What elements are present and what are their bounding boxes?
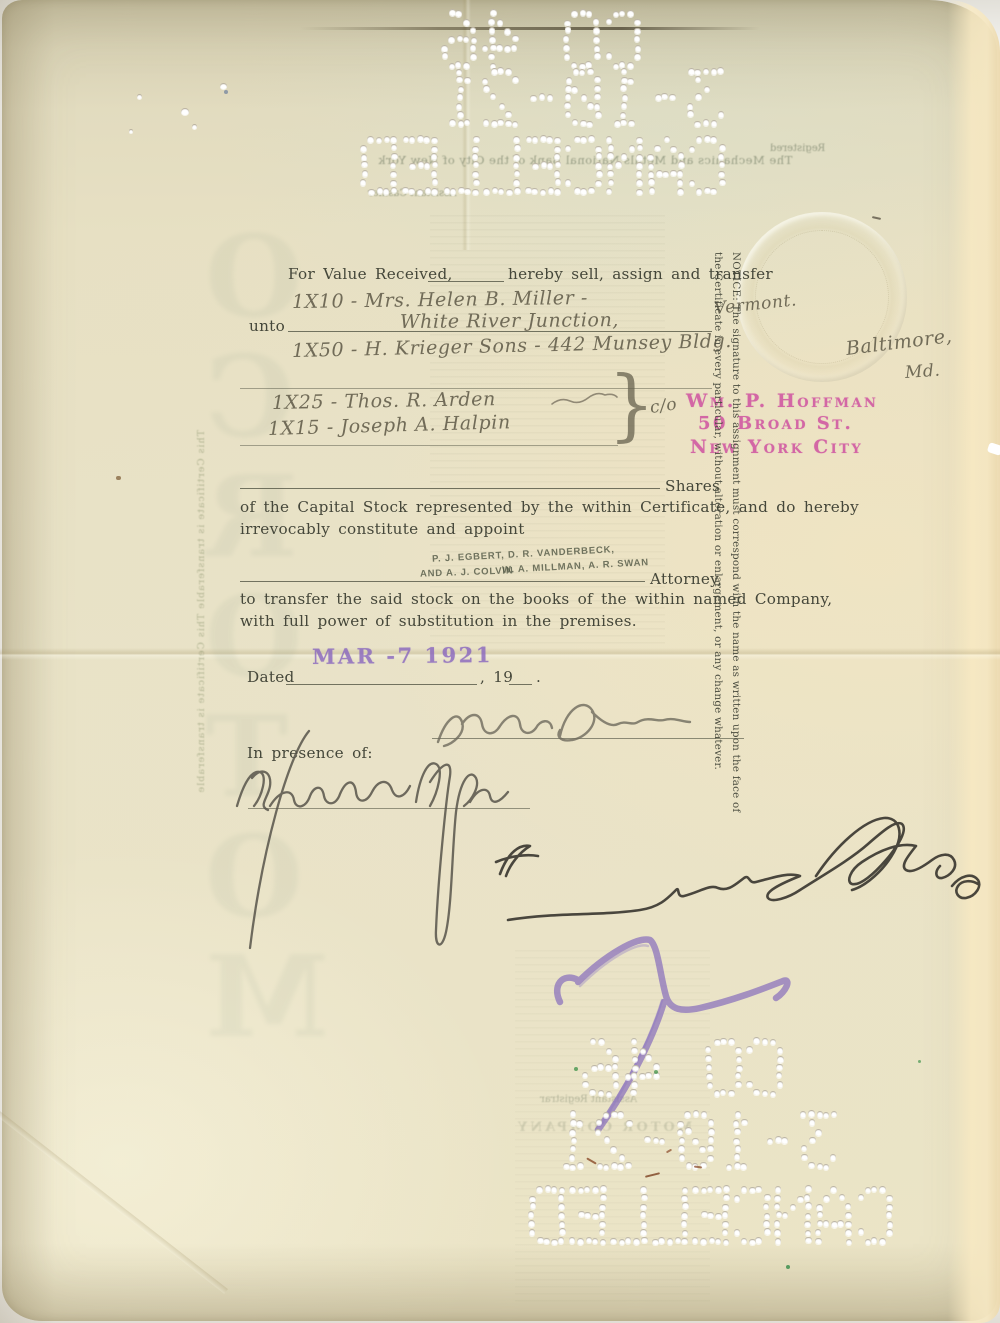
- perforation-hole: [376, 187, 383, 194]
- perforation-hole: [777, 1056, 784, 1063]
- perforation-hole: [822, 1220, 829, 1227]
- perforation-hole: [886, 1221, 893, 1228]
- perforation-hole: [402, 136, 409, 143]
- perforation-hole: [700, 1238, 707, 1245]
- perforation-hole: [701, 1211, 708, 1218]
- perforation-hole: [512, 179, 519, 186]
- perforation-hole: [764, 1228, 771, 1235]
- perforation-hole: [740, 1186, 747, 1193]
- perforation-hole: [694, 121, 701, 128]
- perforation-hole: [656, 170, 663, 177]
- perforation-hole: [706, 1082, 713, 1089]
- perforation-hole: [717, 171, 724, 178]
- perforation-hole: [504, 28, 511, 35]
- perforation-hole: [367, 136, 374, 143]
- perforation-hole: [805, 1237, 812, 1244]
- perforation-hole: [423, 162, 430, 169]
- perforation-hole: [594, 1129, 601, 1136]
- perforation-hole: [430, 188, 437, 195]
- perforation-hole: [845, 1221, 852, 1228]
- perforation-hole: [594, 52, 601, 59]
- perforation-hole: [733, 1138, 740, 1145]
- perforation-hole: [431, 161, 438, 168]
- perforation-hole: [589, 1038, 596, 1045]
- handwritten-entry-2-state: Md.: [904, 361, 941, 383]
- perforation-hole: [632, 1065, 639, 1072]
- perforation-hole: [611, 1111, 618, 1118]
- perforation-hole: [538, 93, 545, 100]
- perforation-hole: [822, 1112, 829, 1119]
- perforation-hole: [527, 1211, 534, 1218]
- unto-label: unto: [249, 317, 285, 335]
- perforation-hole: [886, 1204, 893, 1211]
- perforation-hole: [746, 1081, 753, 1088]
- perforation-hole: [630, 1072, 637, 1079]
- perforation-hole: [595, 146, 602, 153]
- perforation-hole: [741, 1119, 748, 1126]
- perforation-hole: [598, 1038, 605, 1045]
- perforation-hole: [681, 1187, 688, 1194]
- perforation-hole: [633, 1238, 640, 1245]
- perforation-hole: [593, 36, 600, 43]
- perforation-hole: [540, 135, 547, 142]
- perforation-hole: [596, 170, 603, 177]
- perforation-hole: [688, 180, 695, 187]
- perforation-hole: [631, 1081, 638, 1088]
- date-stamp: MAR -7 1921: [312, 642, 493, 669]
- perforation-hole: [722, 1221, 729, 1228]
- dated-period: .: [536, 668, 541, 686]
- perforation-hole: [583, 1186, 590, 1193]
- handwritten-care-of: c/o: [649, 394, 679, 418]
- perforation-hole: [489, 36, 496, 43]
- perforation-hole: [703, 86, 710, 93]
- perforation-hole: [628, 145, 635, 152]
- perforation-hole: [536, 1186, 543, 1193]
- perforation-hole: [685, 1127, 692, 1134]
- perforation-hole: [830, 1186, 837, 1193]
- perforation-hole: [816, 1220, 823, 1227]
- perforation-hole: [734, 1145, 741, 1152]
- perforation-hole: [569, 1145, 576, 1152]
- perforation-hole: [528, 1220, 535, 1227]
- perforation-hole: [640, 1221, 647, 1228]
- perforation-hole: [449, 119, 456, 126]
- ghost-certificate-note: This Certificate is transferable This Ce…: [196, 430, 207, 990]
- perforation-hole: [734, 1162, 741, 1169]
- perforation-hole: [569, 1110, 576, 1117]
- perforation-hole: [473, 136, 480, 143]
- handwritten-entry-1-city: White River Junction,: [400, 309, 619, 333]
- perforation-hole: [611, 1063, 618, 1070]
- perforation-hole: [496, 19, 503, 26]
- perforation-hole: [678, 1154, 685, 1161]
- perforation-hole: [762, 1220, 769, 1227]
- perforation-hole: [470, 37, 477, 44]
- ghost-title-letter: M: [205, 942, 329, 1054]
- perforation-hole: [639, 1211, 646, 1218]
- perforation-hole: [762, 1203, 769, 1210]
- perforation-hole: [678, 1145, 685, 1152]
- perforation-hole: [463, 19, 470, 26]
- perforation-hole: [714, 1238, 721, 1245]
- perforation-hole: [845, 1239, 852, 1246]
- perforation-hole: [864, 1239, 871, 1246]
- perforation-hole: [676, 179, 683, 186]
- perforation-hole: [605, 1048, 612, 1055]
- capital-stock-line1: of the Capital Stock represented by the …: [240, 498, 859, 516]
- perforation-hole: [531, 136, 538, 143]
- perforation-hole: [595, 180, 602, 187]
- perforation-hole: [735, 1056, 742, 1063]
- paper-sheet: [2, 0, 997, 1321]
- perforation-hole: [845, 1229, 852, 1236]
- perforation-hole: [469, 27, 476, 34]
- perforation-hole: [368, 189, 375, 196]
- perforation-hole: [602, 1164, 609, 1171]
- perforation-hole: [592, 27, 599, 34]
- perforation-hole: [463, 119, 470, 126]
- perforation-hole: [669, 94, 676, 101]
- perforation-hole: [606, 163, 613, 170]
- perforation-hole: [611, 1162, 618, 1169]
- perforation-hole: [719, 179, 726, 186]
- perforation-hole: [641, 1194, 648, 1201]
- perforation-hole: [857, 1194, 864, 1201]
- perforation-hole: [618, 61, 625, 68]
- perforation-hole: [734, 1128, 741, 1135]
- perforation-hole: [775, 1211, 782, 1218]
- perforation-hole: [803, 1194, 810, 1201]
- perforation-hole: [599, 1221, 606, 1228]
- perforation-hole: [571, 10, 578, 17]
- witness-signature-line: [248, 808, 530, 809]
- perforation-hole: [723, 1185, 730, 1192]
- perforation-hole: [593, 76, 600, 83]
- perforation-hole: [680, 1220, 687, 1227]
- perforation-hole: [702, 119, 709, 126]
- green-speck: [786, 1265, 790, 1269]
- perforation-hole: [529, 1196, 536, 1203]
- perforation-hole: [620, 102, 627, 109]
- perforation-hole: [512, 162, 519, 169]
- perforation-hole: [443, 187, 450, 194]
- handwritten-entry-3: 1X25 - Thos. R. Arden: [272, 388, 496, 414]
- perforation-hole: [636, 144, 643, 151]
- perforation-hole: [695, 188, 702, 195]
- perforation-hole: [565, 85, 572, 92]
- perforation-hole: [449, 9, 456, 16]
- perforation-hole: [361, 170, 368, 177]
- perforation-hole: [402, 187, 409, 194]
- perforation-hole: [593, 45, 600, 52]
- perforation-hole: [564, 26, 571, 33]
- perforation-hole: [417, 161, 424, 168]
- perforation-hole: [648, 178, 655, 185]
- perforation-hole: [595, 1119, 602, 1126]
- perforation-hole: [557, 1203, 564, 1210]
- perforation-hole: [594, 162, 601, 169]
- scanned-stock-certificate-back: OCROTOM This Certificate is transferable…: [0, 0, 1000, 1323]
- perforation-hole: [647, 154, 654, 161]
- perforation-hole: [635, 162, 642, 169]
- perforation-hole: [540, 161, 547, 168]
- perforation-hole: [571, 119, 578, 126]
- perforation-hole: [654, 145, 661, 152]
- perforation-hole: [691, 1237, 698, 1244]
- perforation-hole: [605, 1064, 612, 1071]
- perforation-hole: [592, 18, 599, 25]
- perforation-hole: [647, 171, 654, 178]
- perforation-hole: [764, 1194, 771, 1201]
- perforation-hole: [359, 179, 366, 186]
- perforation-hole: [704, 135, 711, 142]
- perforation-hole: [512, 136, 519, 143]
- perforation-hole: [424, 187, 431, 194]
- perforation-hole: [648, 187, 655, 194]
- perforation-hole: [774, 1229, 781, 1236]
- attorney-fill-line: [240, 581, 645, 582]
- perforation-hole: [554, 137, 561, 144]
- perforation-hole: [472, 161, 479, 168]
- perforation-hole: [564, 102, 571, 109]
- dated-fill-line: [286, 684, 477, 685]
- perforation-hole: [645, 1054, 652, 1061]
- perforation-hole: [505, 111, 512, 118]
- perforation-hole: [539, 189, 546, 196]
- perforation-hole: [587, 68, 594, 75]
- perforation-hole: [809, 1137, 816, 1144]
- perforation-hole: [530, 95, 537, 102]
- perforation-hole: [558, 1212, 565, 1219]
- perforation-hole: [695, 93, 702, 100]
- perforation-hole: [694, 76, 701, 83]
- perforation-hole: [714, 1039, 721, 1046]
- perforation-hole: [647, 163, 654, 170]
- perforation-hole: [640, 1204, 647, 1211]
- perforation-hole: [456, 76, 463, 83]
- perforation-hole: [680, 1195, 687, 1202]
- green-speck: [918, 1060, 921, 1063]
- perforation-hole: [558, 1221, 565, 1228]
- perforation-hole: [564, 20, 571, 27]
- perforation-hole: [823, 1195, 830, 1202]
- perforation-hole: [449, 188, 456, 195]
- perforation-hole: [569, 1129, 576, 1136]
- perforation-hole: [491, 187, 498, 194]
- perforation-hole: [717, 153, 724, 160]
- perforation-hole: [688, 146, 695, 153]
- perforation-hole: [554, 161, 561, 168]
- transfer-line2: with full power of substitution in the p…: [240, 612, 637, 630]
- perforation-hole: [591, 1238, 598, 1245]
- perforation-hole: [753, 1089, 760, 1096]
- perforation-hole: [491, 120, 498, 127]
- dated-year-fill-line: [509, 684, 532, 685]
- perforation-hole: [578, 1211, 585, 1218]
- perforation-hole: [677, 1121, 684, 1128]
- perforation-hole: [569, 1186, 576, 1193]
- perforation-hole: [678, 161, 685, 168]
- perforation-hole: [557, 1194, 564, 1201]
- perforation-hole: [591, 1065, 598, 1072]
- perforation-hole: [652, 1063, 659, 1070]
- perforation-hole: [457, 86, 464, 93]
- perforation-hole: [628, 120, 635, 127]
- perforation-hole: [546, 94, 553, 101]
- perforation-hole: [775, 1072, 782, 1079]
- presence-label: In presence of:: [247, 744, 373, 762]
- perforation-hole: [732, 1120, 739, 1127]
- fill-line-3: [240, 445, 618, 446]
- perforation-hole: [605, 136, 612, 143]
- perforation-hole: [870, 1237, 877, 1244]
- perforation-hole: [753, 1037, 760, 1044]
- perforation-hole: [588, 135, 595, 142]
- pinhole: [192, 124, 197, 129]
- shares-fill-line: [240, 488, 660, 489]
- perforation-hole: [804, 1221, 811, 1228]
- perforation-hole: [704, 1046, 711, 1053]
- perforation-hole: [719, 144, 726, 151]
- perforation-hole: [488, 18, 495, 25]
- perforation-hole: [631, 1056, 638, 1063]
- perforation-hole: [804, 1230, 811, 1237]
- perforation-hole: [457, 120, 464, 127]
- perforation-hole: [746, 1046, 753, 1053]
- perforation-hole: [599, 1204, 606, 1211]
- perforation-hole: [676, 1129, 683, 1136]
- perforation-hole: [512, 35, 519, 42]
- perforation-hole: [708, 1128, 715, 1135]
- perforation-hole: [525, 136, 532, 143]
- perforation-hole: [624, 1073, 631, 1080]
- perforation-hole: [728, 1038, 735, 1045]
- perforation-hole: [681, 1230, 688, 1237]
- perforation-hole: [610, 1238, 617, 1245]
- perforation-hole: [713, 1090, 720, 1097]
- perforation-hole: [685, 1162, 692, 1169]
- perforation-hole: [512, 76, 519, 83]
- perforation-hole: [870, 1186, 877, 1193]
- perforation-hole: [844, 1203, 851, 1210]
- perforation-hole: [655, 94, 662, 101]
- perforation-hole: [430, 153, 437, 160]
- perforation-hole: [564, 93, 571, 100]
- perforation-line: [582, 1038, 783, 1098]
- perforation-hole: [596, 1163, 603, 1170]
- perforation-hole: [431, 146, 438, 153]
- perforation-hole: [598, 1211, 605, 1218]
- perforation-hole: [620, 68, 627, 75]
- perforation-hole: [814, 1229, 821, 1236]
- perforation-hole: [734, 1072, 741, 1079]
- perforation-hole: [879, 1186, 886, 1193]
- perforation-hole: [464, 77, 471, 84]
- perforation-hole: [707, 1145, 714, 1152]
- perforation-hole: [692, 1186, 699, 1193]
- pinhole: [129, 129, 133, 133]
- perforation-hole: [619, 112, 626, 119]
- perforation-hole: [684, 1111, 691, 1118]
- perforation-hole: [607, 144, 614, 151]
- perforation-hole: [473, 179, 480, 186]
- perforation-hole: [391, 153, 398, 160]
- perforation-hole: [808, 1162, 815, 1169]
- perforation-hole: [547, 187, 554, 194]
- perforation-hole: [774, 1186, 781, 1193]
- perforation-hole: [390, 144, 397, 151]
- perforation-hole: [706, 1155, 713, 1162]
- perforation-hole: [587, 102, 594, 109]
- perforation-hole: [781, 1212, 788, 1219]
- perforation-hole: [525, 187, 532, 194]
- perforation-hole: [514, 187, 521, 194]
- perforation-hole: [621, 94, 628, 101]
- perforation-hole: [699, 1146, 706, 1153]
- perforation-hole: [789, 1204, 796, 1211]
- perforation-hole: [666, 1238, 673, 1245]
- perforation-hole: [431, 137, 438, 144]
- perforation-hole: [409, 163, 416, 170]
- perforation-hole: [721, 1229, 728, 1236]
- perforation-hole: [641, 1237, 648, 1244]
- perforation-hole: [625, 1162, 632, 1169]
- perforation-hole: [490, 44, 497, 51]
- perforation-hole: [687, 110, 694, 117]
- perforation-hole: [670, 146, 677, 153]
- perforation-hole: [749, 1239, 756, 1246]
- perforation-hole: [471, 171, 478, 178]
- perforation-hole: [490, 9, 497, 16]
- perforation-hole: [816, 1111, 823, 1118]
- perforation-hole: [718, 161, 725, 168]
- perforation-hole: [674, 1237, 681, 1244]
- perforation-hole: [498, 103, 505, 110]
- perforation-hole: [740, 1238, 747, 1245]
- brown-speck: [116, 476, 121, 480]
- perforation-hole: [546, 162, 553, 169]
- perforation-hole: [382, 188, 389, 195]
- perforation-hole: [607, 170, 614, 177]
- perforation-hole: [383, 136, 390, 143]
- perforation-hole: [570, 1137, 577, 1144]
- perforation-hole: [600, 1185, 607, 1192]
- perforation-hole: [506, 189, 513, 196]
- green-speck: [654, 1070, 658, 1074]
- perforation-hole: [607, 179, 614, 186]
- perforation-hole: [631, 1047, 638, 1054]
- perforation-hole: [615, 161, 622, 168]
- perforation-hole: [389, 171, 396, 178]
- perforation-hole: [553, 153, 560, 160]
- perforation-hole: [489, 93, 496, 100]
- capital-stock-line2: irrevocably constitute and appoint: [240, 520, 525, 538]
- perforation-hole: [805, 1185, 812, 1192]
- perforation-hole: [607, 152, 614, 159]
- perforation-hole: [593, 103, 600, 110]
- perforation-hole: [504, 45, 511, 52]
- perforation-hole: [774, 1238, 781, 1245]
- perforation-hole: [733, 1229, 740, 1236]
- perforation-hole: [635, 170, 642, 177]
- perforation-hole: [776, 1081, 783, 1088]
- perforation-hole: [734, 1111, 741, 1118]
- perforation-hole: [581, 1072, 588, 1079]
- handwritten-brace: }: [608, 360, 656, 450]
- perforation-hole: [763, 1213, 770, 1220]
- perforation-hole: [633, 19, 640, 26]
